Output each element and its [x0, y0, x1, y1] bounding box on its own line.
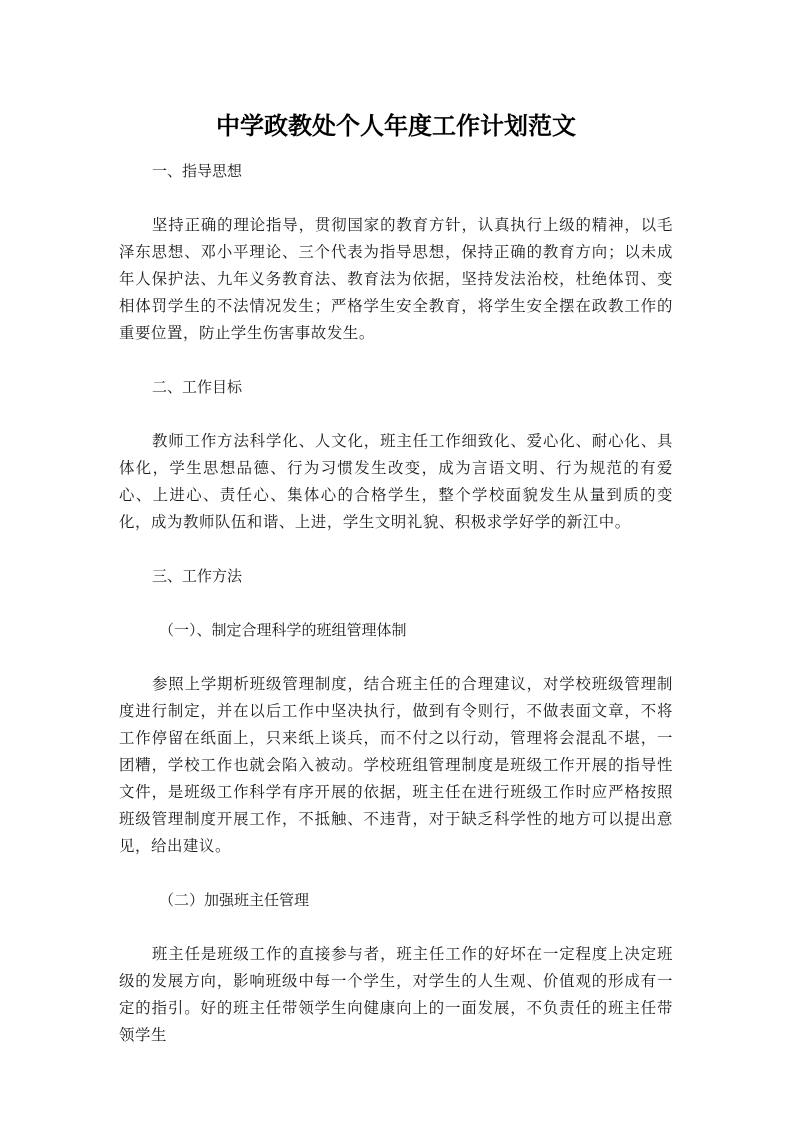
document-page: 中学政教处个人年度工作计划范文 一、指导思想 坚持正确的理论指导，贯彻国家的教育… [119, 108, 673, 1049]
spacer [119, 644, 673, 671]
subsection-paragraph-class-management-system: 参照上学期析班级管理制度，结合班主任的合理建议，对学校班级管理制度进行制定，并在… [119, 671, 673, 860]
spacer [119, 347, 673, 374]
spacer [119, 914, 673, 941]
section-paragraph-work-goals: 教师工作方法科学化、人文化，班主任工作细致化、爱心化、耐心化、具体化，学生思想品… [119, 428, 673, 536]
spacer [119, 590, 673, 617]
spacer [119, 536, 673, 563]
section-heading-work-goals: 二、工作目标 [119, 374, 673, 401]
subsection-paragraph-head-teacher-management: 班主任是班级工作的直接参与者，班主任工作的好坏在一定程度上决定班级的发展方向，影… [119, 941, 673, 1049]
spacer [119, 401, 673, 428]
section-heading-work-methods: 三、工作方法 [119, 563, 673, 590]
section-paragraph-guiding-ideology: 坚持正确的理论指导，贯彻国家的教育方针，认真执行上级的精神，以毛泽东思想、邓小平… [119, 212, 673, 347]
spacer [119, 185, 673, 212]
section-heading-guiding-ideology: 一、指导思想 [119, 158, 673, 185]
subsection-heading-head-teacher-management: （二）加强班主任管理 [119, 887, 673, 914]
document-title: 中学政教处个人年度工作计划范文 [119, 108, 673, 144]
spacer [119, 860, 673, 887]
subsection-heading-class-management-system: （一）、制定合理科学的班组管理体制 [119, 617, 673, 644]
